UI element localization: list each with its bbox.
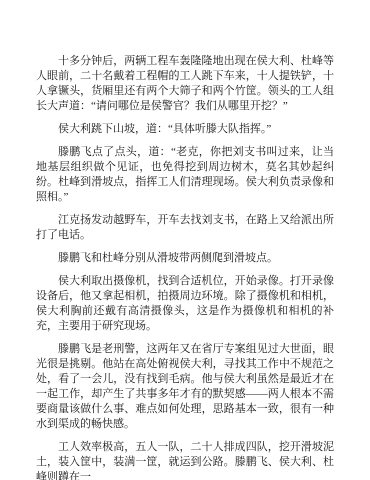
paragraph: 十多分钟后，两辆工程车轰隆隆地出现在侯大利、杜峰等人眼前，二十名戴着工程帽的工人… — [36, 54, 334, 114]
paragraph: 滕鹏飞是老刑警，这两年又在省厅专案组见过大世面，眼光很是挑剔。他站在高处俯视侯大… — [36, 342, 334, 432]
paragraph: 侯大利取出摄像机，找到合适机位，开始录像。打开录像设备后，他又拿起相机，拍摄周边… — [36, 274, 334, 334]
paragraph: 江克扬发动越野车，开车去找刘支书，在路上又给派出所打了电话。 — [36, 213, 334, 243]
paragraph: 侯大利跳下山坡，道：“具体听滕大队指挥。” — [36, 122, 334, 137]
paragraph: 滕鹏飞点了点头，道：“老克，你把刘支书叫过来，让当地基层组织做个见证，也免得挖到… — [36, 145, 334, 205]
book-page: 十多分钟后，两辆工程车轰隆隆地出现在侯大利、杜峰等人眼前，二十名戴着工程帽的工人… — [0, 0, 370, 480]
paragraph: 工人效率极高，五人一队，二十人排成四队，挖开滑坡泥土，装入筐中，装满一筐，就运到… — [36, 440, 334, 480]
paragraph: 滕鹏飞和杜峰分别从滑坡带两侧爬到滑坡点。 — [36, 251, 334, 266]
page-text: 十多分钟后，两辆工程车轰隆隆地出现在侯大利、杜峰等人眼前，二十名戴着工程帽的工人… — [36, 54, 334, 480]
